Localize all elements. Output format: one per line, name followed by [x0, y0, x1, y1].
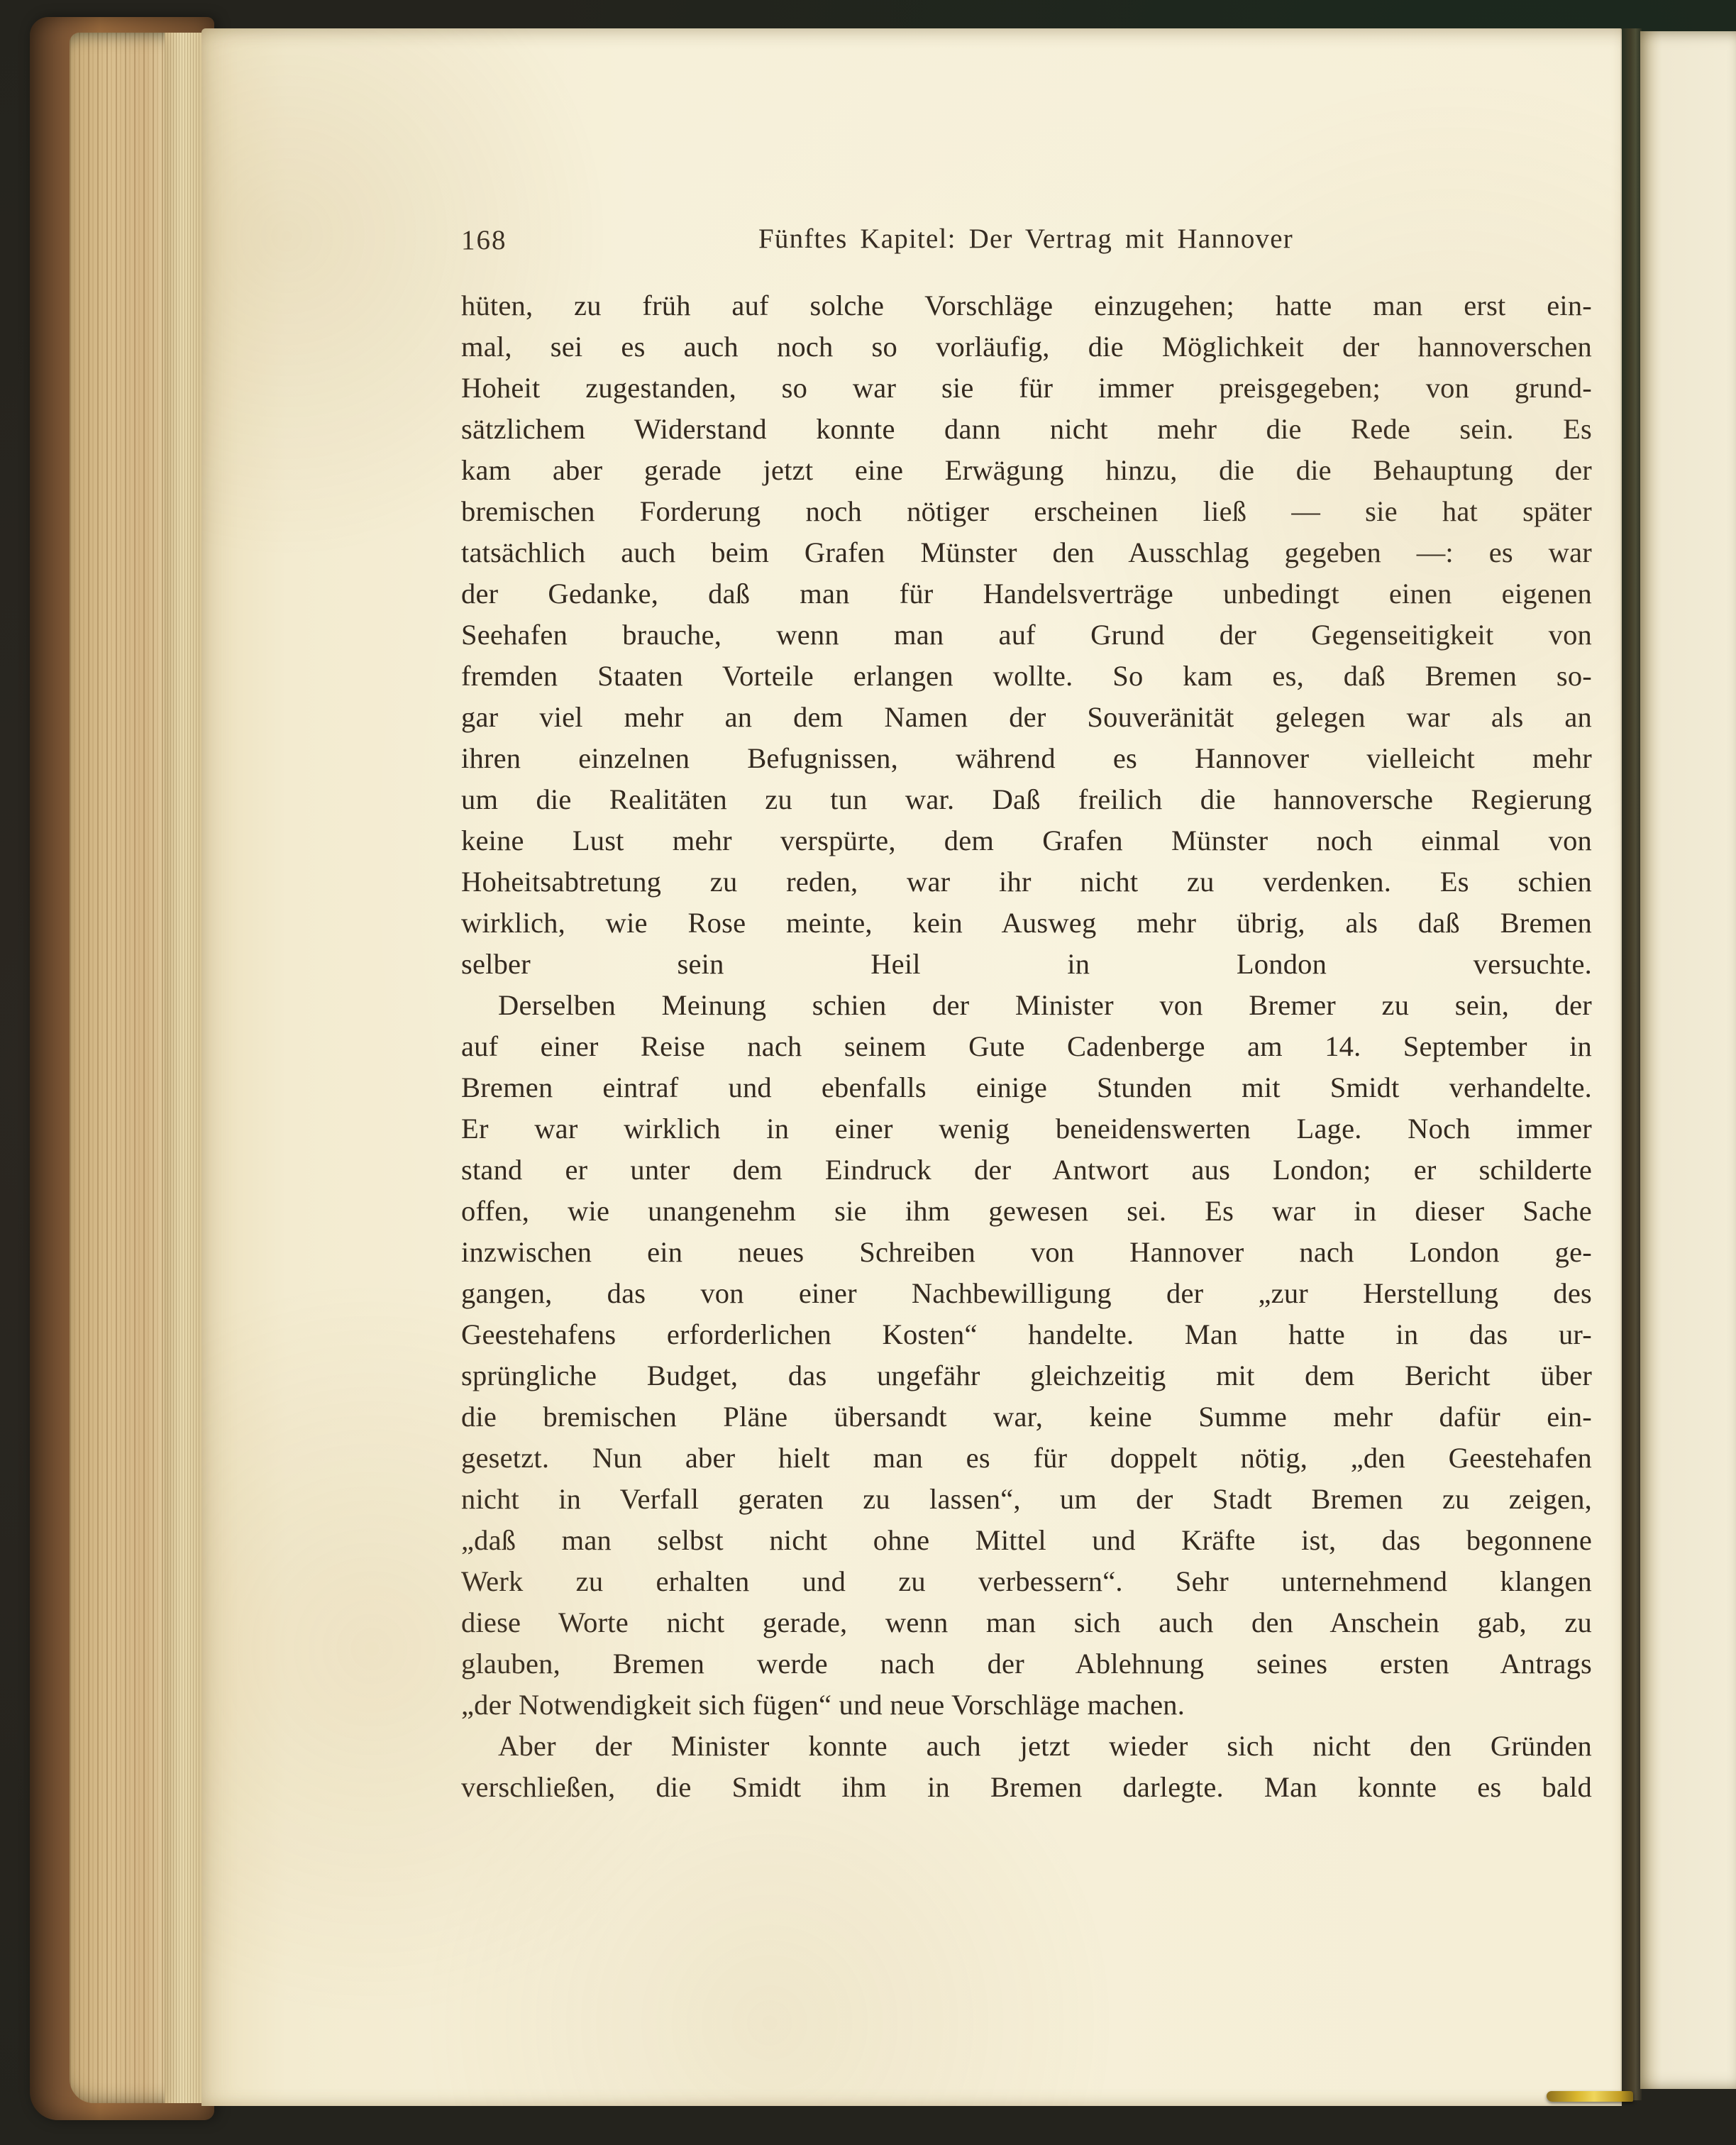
text-line: offen, wie unangenehm sie ihm gewesen se…	[461, 1191, 1592, 1232]
page-text: hüten, zu früh auf solche Vorschläge ein…	[461, 285, 1592, 1808]
text-line: nicht in Verfall geraten zu lassen“, um …	[461, 1479, 1592, 1520]
text-line: Hoheitsabtretung zu reden, war ihr nicht…	[461, 861, 1592, 903]
text-line: inzwischen ein neues Schreiben von Hanno…	[461, 1232, 1592, 1273]
text-line: bremischen Forderung noch nötiger ersche…	[461, 491, 1592, 532]
text-line: stand er unter dem Eindruck der Antwort …	[461, 1149, 1592, 1191]
gutter-shadow	[1620, 28, 1642, 2100]
text-line: auf einer Reise nach seinem Gute Cadenbe…	[461, 1026, 1592, 1067]
text-line: sätzlichem Widerstand konnte dann nicht …	[461, 409, 1592, 450]
book-photo: 168 Fünftes Kapitel: Der Vertrag mit Han…	[0, 0, 1736, 2145]
running-title: Fünftes Kapitel: Der Vertrag mit Hannove…	[546, 223, 1505, 255]
text-line: „daß man selbst nicht ohne Mittel und Kr…	[461, 1520, 1592, 1561]
text-line: hüten, zu früh auf solche Vorschläge ein…	[461, 285, 1592, 326]
text-line: keine Lust mehr verspürte, dem Grafen Mü…	[461, 820, 1592, 861]
text-line: der Gedanke, daß man für Handelsverträge…	[461, 573, 1592, 614]
page-edge-ridge	[165, 33, 203, 2103]
text-line: um die Realitäten zu tun war. Daß freili…	[461, 779, 1592, 820]
text-line: Er war wirklich in einer wenig beneidens…	[461, 1108, 1592, 1149]
text-line: tatsächlich auch beim Grafen Münster den…	[461, 532, 1592, 573]
text-line: kam aber gerade jetzt eine Erwägung hinz…	[461, 450, 1592, 491]
page-header: 168 Fünftes Kapitel: Der Vertrag mit Han…	[461, 223, 1591, 265]
text-line: „der Notwendigkeit sich fügen“ und neue …	[461, 1684, 1592, 1726]
text-line: ihren einzelnen Befugnissen, während es …	[461, 738, 1592, 779]
text-line: Bremen eintraf und ebenfalls einige Stun…	[461, 1067, 1592, 1108]
facing-page-strip	[1640, 31, 1736, 2089]
text-line: mal, sei es auch noch so vorläufig, die …	[461, 326, 1592, 368]
text-line: glauben, Bremen werde nach der Ablehnung…	[461, 1643, 1592, 1684]
text-line: Derselben Meinung schien der Minister vo…	[461, 985, 1592, 1026]
text-line: sprüngliche Budget, das ungefähr gleichz…	[461, 1355, 1592, 1396]
text-line: Seehafen brauche, wenn man auf Grund der…	[461, 614, 1592, 656]
text-line: wirklich, wie Rose meinte, kein Ausweg m…	[461, 903, 1592, 944]
text-line: fremden Staaten Vorteile erlangen wollte…	[461, 656, 1592, 697]
text-line: verschließen, die Smidt ihm in Bremen da…	[461, 1767, 1592, 1808]
text-line: Aber der Minister konnte auch jetzt wied…	[461, 1726, 1592, 1767]
text-line: gesetzt. Nun aber hielt man es für doppe…	[461, 1438, 1592, 1479]
text-line: die bremischen Pläne übersandt war, kein…	[461, 1396, 1592, 1438]
page-number: 168	[461, 224, 507, 256]
text-line: gar viel mehr an dem Namen der Souveräni…	[461, 697, 1592, 738]
gilt-edge	[1547, 2091, 1633, 2102]
text-line: selber sein Heil in London versuchte.	[461, 944, 1592, 985]
text-line: gangen, das von einer Nachbewilligung de…	[461, 1273, 1592, 1314]
text-line: Geestehafens erforderlichen Kosten“ hand…	[461, 1314, 1592, 1355]
text-line: Hoheit zugestanden, so war sie für immer…	[461, 368, 1592, 409]
text-line: diese Worte nicht gerade, wenn man sich …	[461, 1602, 1592, 1643]
text-line: Werk zu erhalten und zu verbessern“. Seh…	[461, 1561, 1592, 1602]
book-page: 168 Fünftes Kapitel: Der Vertrag mit Han…	[201, 28, 1622, 2106]
